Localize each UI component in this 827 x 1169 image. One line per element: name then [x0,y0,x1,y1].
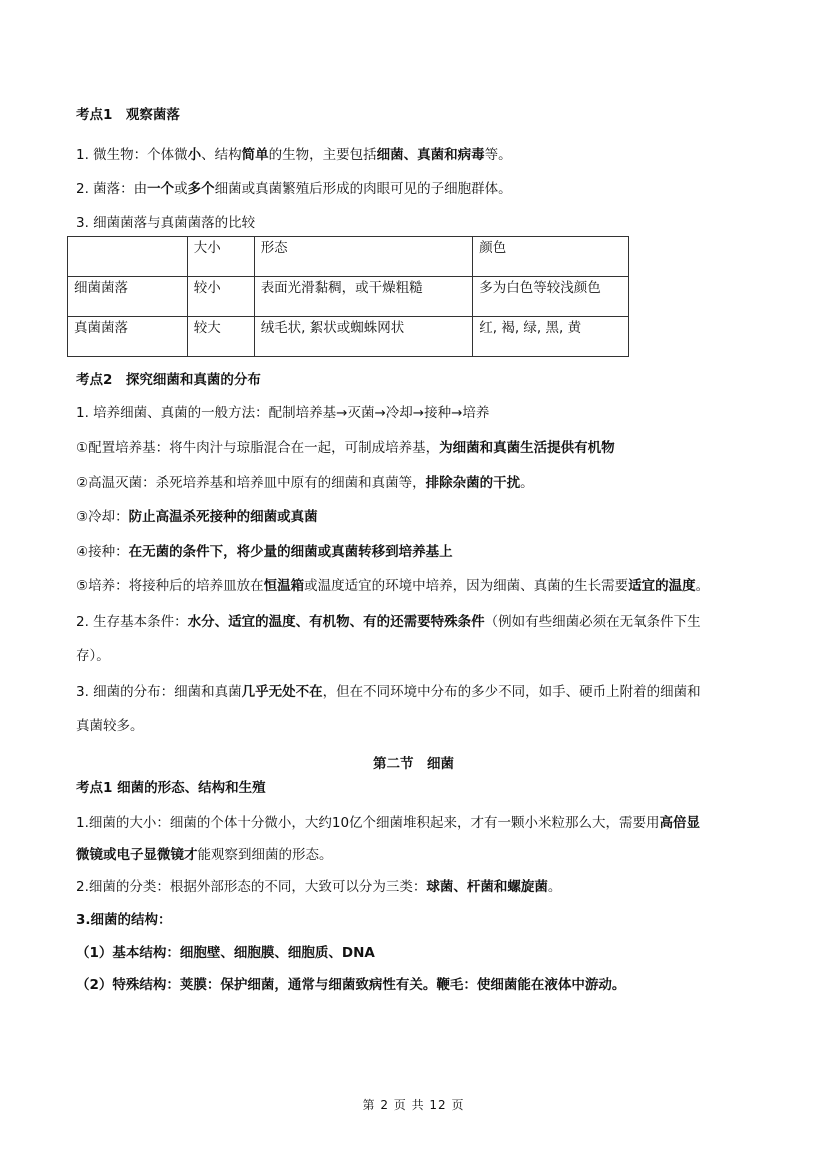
emphasis-text: 微镜或电子显微镜才 [76,847,198,863]
emphasis-text: 适宜的温度 [628,578,696,594]
table-cell: 较大 [187,317,254,357]
paragraph-basic-structure: （1）基本结构：细胞壁、细胞膜、细胞质、DNA [76,944,375,962]
text-run: 能观察到细菌的形态。 [198,847,333,863]
text-run: 或 [174,181,188,197]
emphasis-text: 在无菌的条件下，将少量的细菌或真菌转移到培养基上 [129,544,453,560]
text-run: 。 [520,475,534,491]
text-run: 。 [548,879,562,895]
text-run: 等。 [485,147,512,163]
page-footer: 第 2 页 共 12 页 [0,1096,827,1113]
colony-comparison-table: 大小 形态 颜色 细菌菌落 较小 表面光滑黏稠，或干燥粗糙 多为白色等较浅颜色 … [67,236,629,357]
text-run: 、结构 [201,147,242,163]
emphasis-text: （1）基本结构：细胞壁、细胞膜、细胞质、DNA [76,945,375,961]
text-run: 或温度适宜的环境中培养，因为细菌、真菌的生长需要 [304,578,628,594]
text-run: 1. 培养细菌、真菌的一般方法：配制培养基→灭菌→冷却→接种→培养 [76,405,489,421]
emphasis-text: 排除杂菌的干扰 [426,475,521,491]
emphasis-text: 3.细菌的结构： [76,912,172,928]
text-run: （例如有些细菌必须在无氧条件下生 [485,614,701,630]
emphasis-text: 防止高温杀死接种的细菌或真菌 [129,509,318,525]
paragraph-step-4: ④接种：在无菌的条件下，将少量的细菌或真菌转移到培养基上 [76,543,453,561]
text-run: 3. 细菌菌落与真菌菌落的比较 [76,215,255,231]
text-run: ④接种： [76,544,129,560]
paragraph-step-1: ①配置培养基：将牛肉汁与琼脂混合在一起，可制成培养基，为细菌和真菌生活提供有机物 [76,439,615,457]
table-cell: 多为白色等较浅颜色 [473,277,629,317]
emphasis-text: 恒温箱 [264,578,305,594]
table-header-cell: 形态 [254,237,473,277]
text-run: ②高温灭菌：杀死培养基和培养皿中原有的细菌和真菌等， [76,475,426,491]
paragraph-step-2: ②高温灭菌：杀死培养基和培养皿中原有的细菌和真菌等，排除杂菌的干扰。 [76,474,534,492]
emphasis-text: 水分、适宜的温度、有机物、有的还需要特殊条件 [188,614,485,630]
text-run: ③冷却： [76,509,129,525]
table-header-cell: 颜色 [473,237,629,277]
text-run: ⑤培养：将接种后的培养皿放在 [76,578,264,594]
paragraph-bacteria-classification: 2.细菌的分类：根据外部形态的不同，大致可以分为三类：球菌、杆菌和螺旋菌。 [76,878,561,896]
paragraph-colony: 2. 菌落：由一个或多个细菌或真菌繁殖后形成的肉眼可见的子细胞群体。 [76,180,512,198]
emphasis-text: 小 [188,147,202,163]
text-run: 1. 微生物：个体微 [76,147,188,163]
paragraph-step-5: ⑤培养：将接种后的培养皿放在恒温箱或温度适宜的环境中培养，因为细菌、真菌的生长需… [76,577,709,595]
emphasis-text: 多个 [188,181,215,197]
paragraph-bacteria-structure: 3.细菌的结构： [76,911,172,929]
text-run: 1.细菌的大小：细菌的个体十分微小，大约10亿个细菌堆积起来，才有一颗小米粒那么… [76,815,660,831]
emphasis-text: 为细菌和真菌生活提供有机物 [439,440,615,456]
table-header-cell: 大小 [187,237,254,277]
table-cell: 真菌菌落 [68,317,188,357]
text-run: ，但在不同环境中分布的多少不同，如手、硬币上附着的细菌和 [323,684,701,700]
emphasis-text: 一个 [147,181,174,197]
section-heading-distribution: 考点2 探究细菌和真菌的分布 [76,371,261,389]
paragraph-bacteria-size: 1.细菌的大小：细菌的个体十分微小，大约10亿个细菌堆积起来，才有一颗小米粒那么… [76,814,700,832]
text-run: 2.细菌的分类：根据外部形态的不同，大致可以分为三类： [76,879,426,895]
text-run: 2. 菌落：由 [76,181,147,197]
emphasis-text: 几乎无处不在 [242,684,323,700]
table-cell: 较小 [187,277,254,317]
paragraph-distribution: 3. 细菌的分布：细菌和真菌几乎无处不在，但在不同环境中分布的多少不同，如手、硬… [76,683,701,701]
text-run: 细菌或真菌繁殖后形成的肉眼可见的子细胞群体。 [215,181,512,197]
text-run: 。 [696,578,710,594]
emphasis-text: 简单 [242,147,269,163]
table-row: 细菌菌落 较小 表面光滑黏稠，或干燥粗糙 多为白色等较浅颜色 [68,277,629,317]
table-header-cell [68,237,188,277]
text-run: 真菌较多。 [76,718,144,734]
paragraph-microorganism: 1. 微生物：个体微小、结构简单的生物，主要包括细菌、真菌和病毒等。 [76,146,512,164]
table-cell: 表面光滑黏稠，或干燥粗糙 [254,277,473,317]
paragraph-survival-conditions-cont: 存）。 [76,647,110,665]
table-cell: 细菌菌落 [68,277,188,317]
text-run: 的生物，主要包括 [269,147,377,163]
text-run: 2. 生存基本条件： [76,614,188,630]
paragraph-special-structure: （2）特殊结构：荚膜：保护细菌，通常与细菌致病性有关。鞭毛：使细菌能在液体中游动… [76,976,625,994]
paragraph-survival-conditions: 2. 生存基本条件：水分、适宜的温度、有机物、有的还需要特殊条件（例如有些细菌必… [76,613,701,631]
paragraph-bacteria-size-cont: 微镜或电子显微镜才能观察到细菌的形态。 [76,846,333,864]
paragraph-culture-method: 1. 培养细菌、真菌的一般方法：配制培养基→灭菌→冷却→接种→培养 [76,404,489,422]
paragraph-distribution-cont: 真菌较多。 [76,717,144,735]
paragraph-step-3: ③冷却：防止高温杀死接种的细菌或真菌 [76,508,318,526]
table-header-row: 大小 形态 颜色 [68,237,629,277]
section-heading-observe-colony: 考点1 观察菌落 [76,106,180,124]
table-row: 真菌菌落 较大 绒毛状, 絮状或蜘蛛网状 红, 褐, 绿, 黑, 黄 [68,317,629,357]
text-run: ①配置培养基：将牛肉汁与琼脂混合在一起，可制成培养基， [76,440,439,456]
emphasis-text: 球菌、杆菌和螺旋菌 [426,879,548,895]
emphasis-text: 细菌、真菌和病毒 [377,147,485,163]
section-heading-bacteria-morphology: 考点1 细菌的形态、结构和生殖 [76,779,266,797]
table-cell: 红, 褐, 绿, 黑, 黄 [473,317,629,357]
text-run: 存）。 [76,648,110,664]
text-run: 3. 细菌的分布：细菌和真菌 [76,684,242,700]
chapter-title: 第二节 细菌 [0,752,827,772]
emphasis-text: （2）特殊结构：荚膜：保护细菌，通常与细菌致病性有关。鞭毛：使细菌能在液体中游动… [76,977,625,993]
table-cell: 绒毛状, 絮状或蜘蛛网状 [254,317,473,357]
paragraph-comparison-title: 3. 细菌菌落与真菌菌落的比较 [76,214,255,232]
emphasis-text: 高倍显 [660,815,701,831]
